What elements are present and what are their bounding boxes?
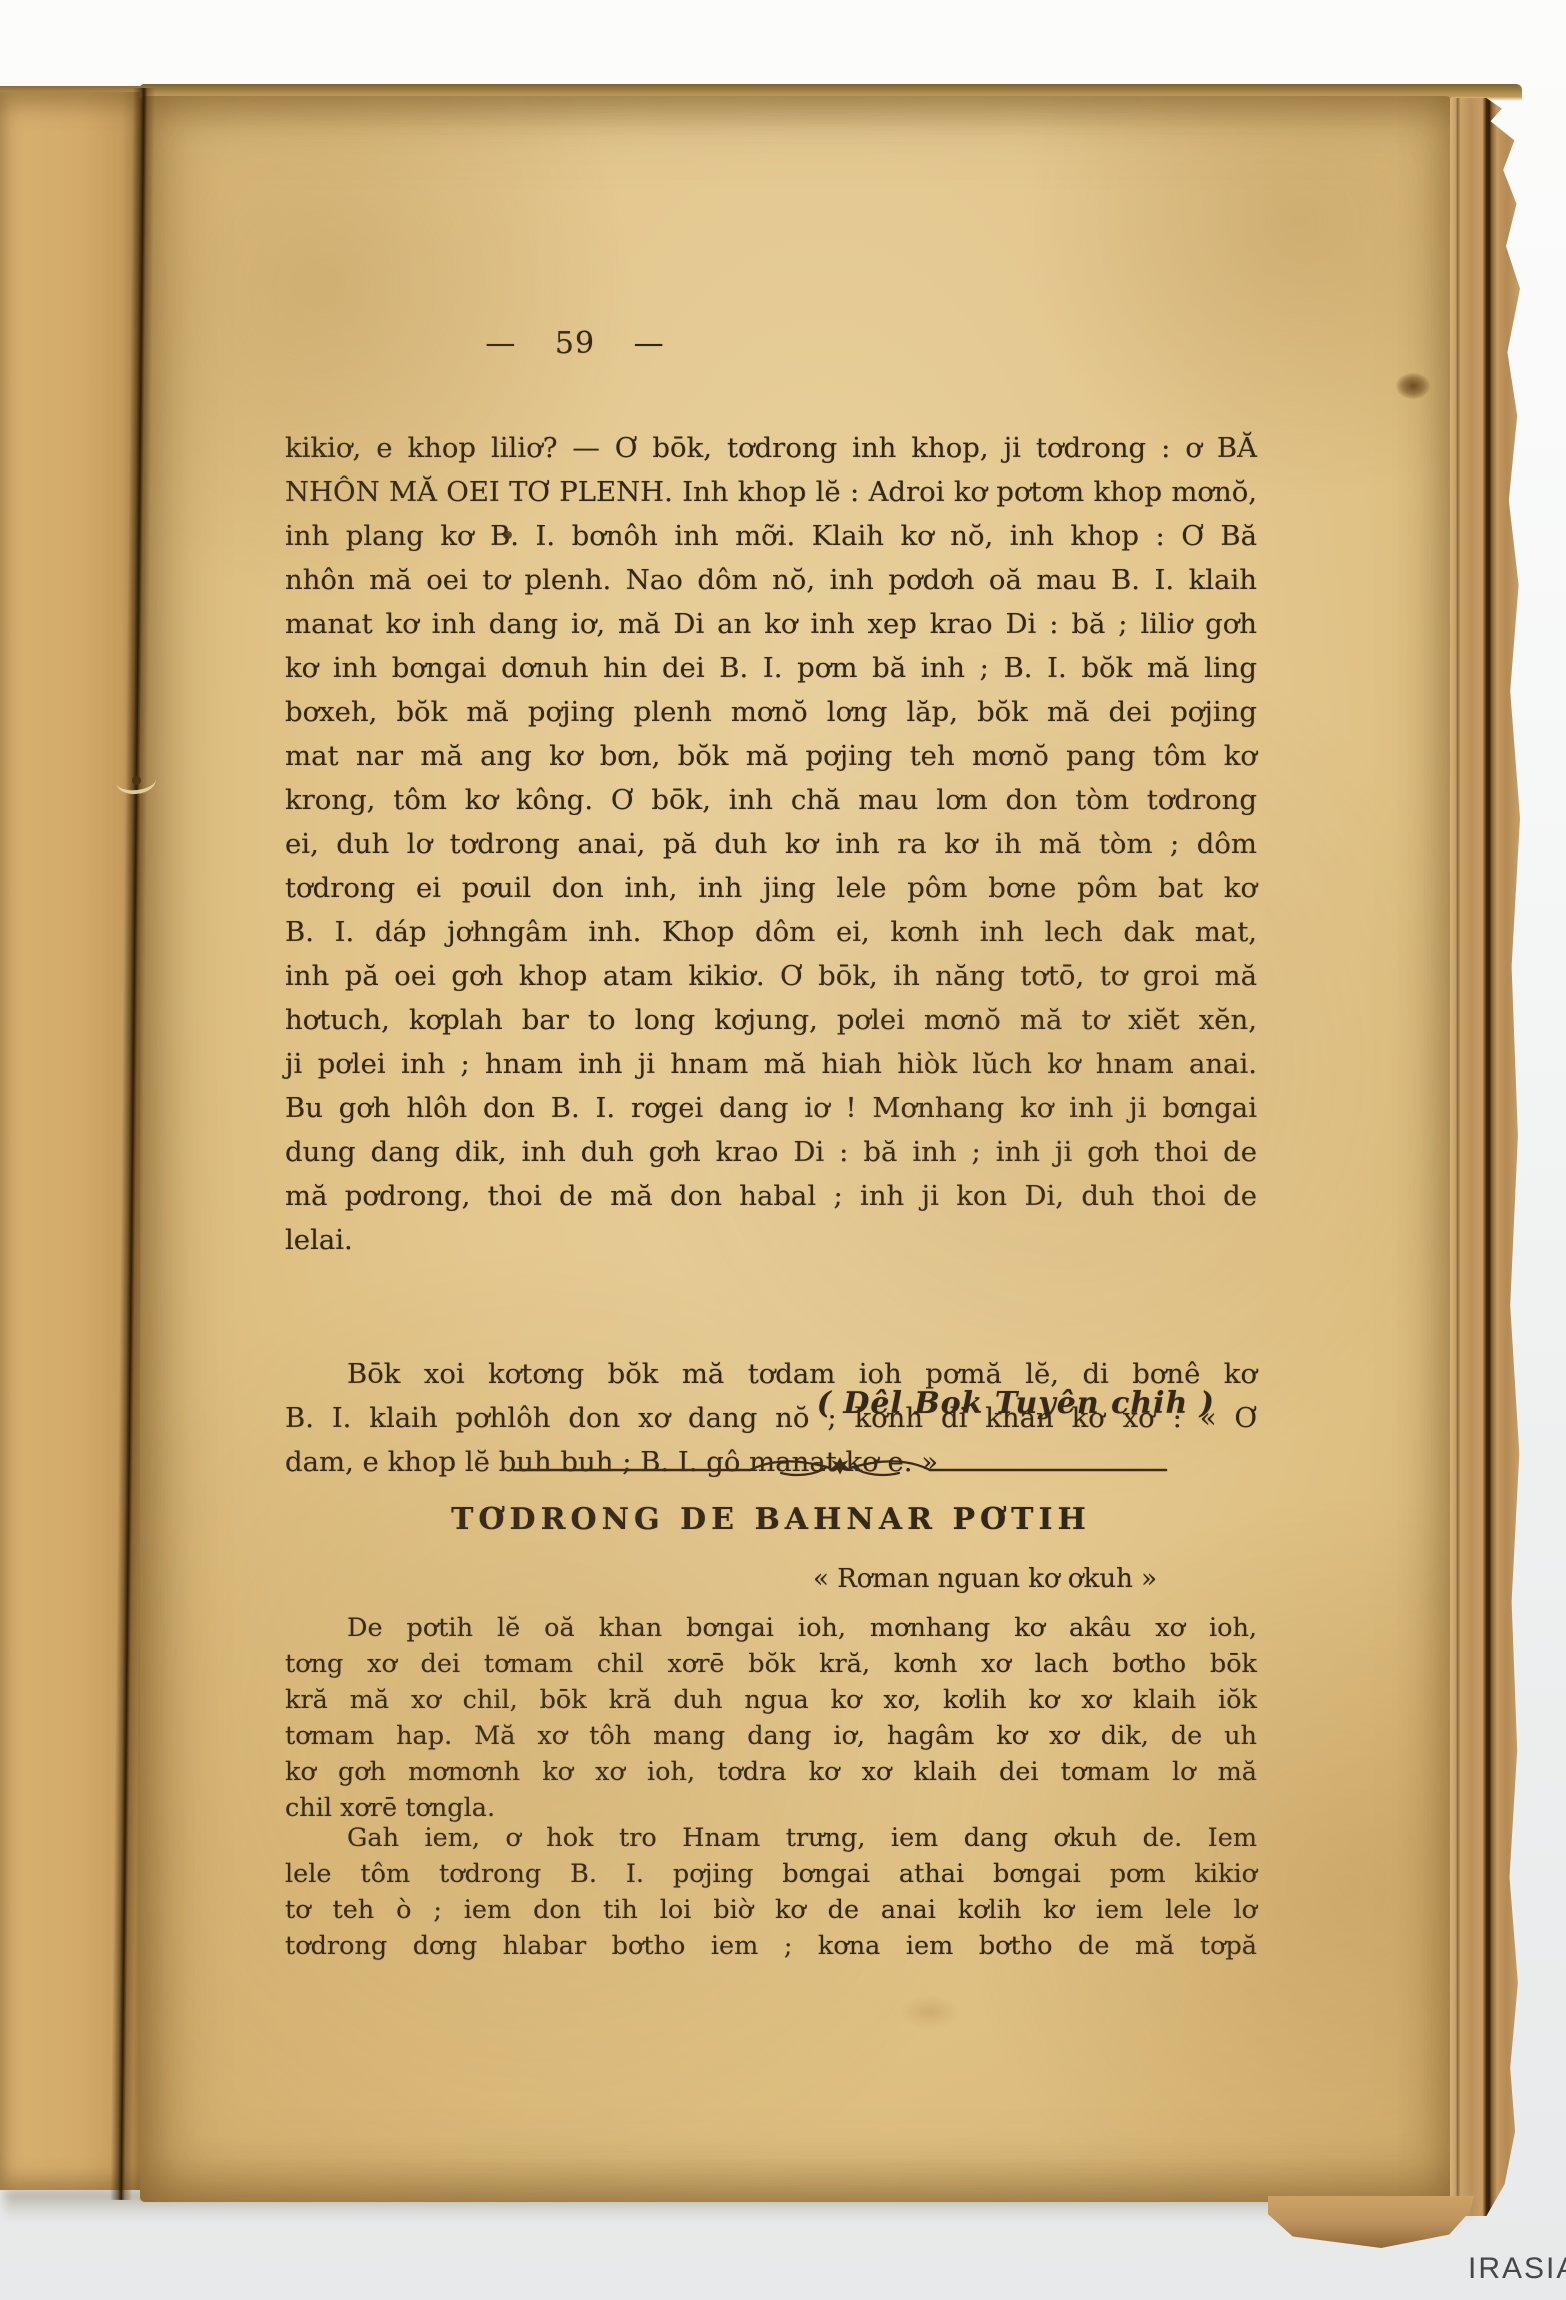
text-line: mă pơdrong, thoi de mă don habal ; inh j… [285, 1174, 1257, 1218]
text-line: krong, tôm kơ kông. Ơ bōk, inh chă mau l… [285, 778, 1257, 822]
paper-stain [900, 1995, 960, 2029]
divider-ornament-icon [510, 1452, 1170, 1484]
text-line: ji pơlei inh ; hnam inh ji hnam mă hiah … [285, 1042, 1257, 1086]
paper-stain [503, 531, 512, 539]
text-line: tơng xơ dei tơmam chil xơrē bŏk kră, kơn… [285, 1646, 1257, 1682]
watermark: IRASIA [1468, 2252, 1566, 2286]
body-paragraph-1: kikiơ, e khop liliơ? — Ơ bōk, tơdrong in… [285, 426, 1257, 1262]
attribution-line: ( Dêl Bok Tuyên chih ) [285, 1386, 1257, 1421]
text-line: Gah iem, ơ hok tro Hnam trưng, iem dang … [285, 1820, 1257, 1856]
body-paragraph-3: De pơtih lĕ oă khan bơngai ioh, mơnhang … [285, 1610, 1257, 1826]
body-paragraph-4: Gah iem, ơ hok tro Hnam trưng, iem dang … [285, 1820, 1257, 1964]
text-line: nhôn mă oei tơ plenh. Nao dôm nŏ, inh pơ… [285, 558, 1257, 602]
book-page: — 59 — kikiơ, e khop liliơ? — Ơ bōk, tơd… [140, 96, 1455, 2202]
text-line: tơdrong dơng hlabar bơtho iem ; kơna iem… [285, 1928, 1257, 1964]
text-line: kikiơ, e khop liliơ? — Ơ bōk, tơdrong in… [285, 426, 1257, 470]
text-line: mat nar mă ang kơ bơn, bŏk mă pơjing teh… [285, 734, 1257, 778]
text-line: Bu gơh hlôh don B. I. rơgei dang iơ ! Mơ… [285, 1086, 1257, 1130]
text-line: De pơtih lĕ oă khan bơngai ioh, mơnhang … [285, 1610, 1257, 1646]
paper-stain [1396, 373, 1430, 399]
text-line: hơtuch, kơplah bar to long kơjung, pơlei… [285, 998, 1257, 1042]
text-line: tơmam hap. Mă xơ tôh mang dang iơ, hagâm… [285, 1718, 1257, 1754]
text-line: lelai. [285, 1218, 1257, 1262]
text-line: kơ gơh mơmơnh kơ xơ ioh, tơdra kơ xơ kla… [285, 1754, 1257, 1790]
text-line: kơ inh bơngai dơnuh hin dei B. I. pơm bă… [285, 646, 1257, 690]
text-line: bơxeh, bŏk mă pơjing plenh mơnŏ lơng lăp… [285, 690, 1257, 734]
page-stack-edges [1450, 98, 1520, 2216]
page-stack-corner [1268, 2196, 1474, 2248]
text-line: lele tôm tơdrong B. I. pơjing bơngai ath… [285, 1856, 1257, 1892]
text-line: tơdrong ei pơuil don inh, inh jing lele … [285, 866, 1257, 910]
printed-text-column: — 59 — kikiơ, e khop liliơ? — Ơ bōk, tơd… [285, 96, 1257, 2202]
text-line: NHÔN MĂ OEI TƠ PLENH. Inh khop lĕ : Adro… [285, 470, 1257, 514]
text-line: dung dang dik, inh duh gơh krao Di : bă … [285, 1130, 1257, 1174]
text-line: tơ teh ò ; iem don tih loi biờ kơ de ana… [285, 1892, 1257, 1928]
section-quote: « Rơman nguan kơ ơkuh » [285, 1564, 1257, 1594]
text-line: B. I. dáp jơhngâm inh. Khop dôm ei, kơnh… [285, 910, 1257, 954]
text-line: inh plang kơ B. I. bơnôh inh mỡi. Klaih … [285, 514, 1257, 558]
section-heading: TƠDRONG DE BAHNAR PƠTIH [285, 1502, 1257, 1537]
text-line: manat kơ inh dang iơ, mă Di an kơ inh xe… [285, 602, 1257, 646]
scanned-book-page: — 59 — kikiơ, e khop liliơ? — Ơ bōk, tơd… [0, 0, 1566, 2300]
text-line: inh pă oei gơh khop atam kikiơ. Ơ bōk, i… [285, 954, 1257, 998]
text-line: kră mă xơ chil, bōk kră duh ngua kơ xơ, … [285, 1682, 1257, 1718]
section-divider [510, 1452, 1170, 1484]
text-line: ei, duh lơ tơdrong anai, pă duh kơ inh r… [285, 822, 1257, 866]
page-number: — 59 — [285, 326, 865, 361]
